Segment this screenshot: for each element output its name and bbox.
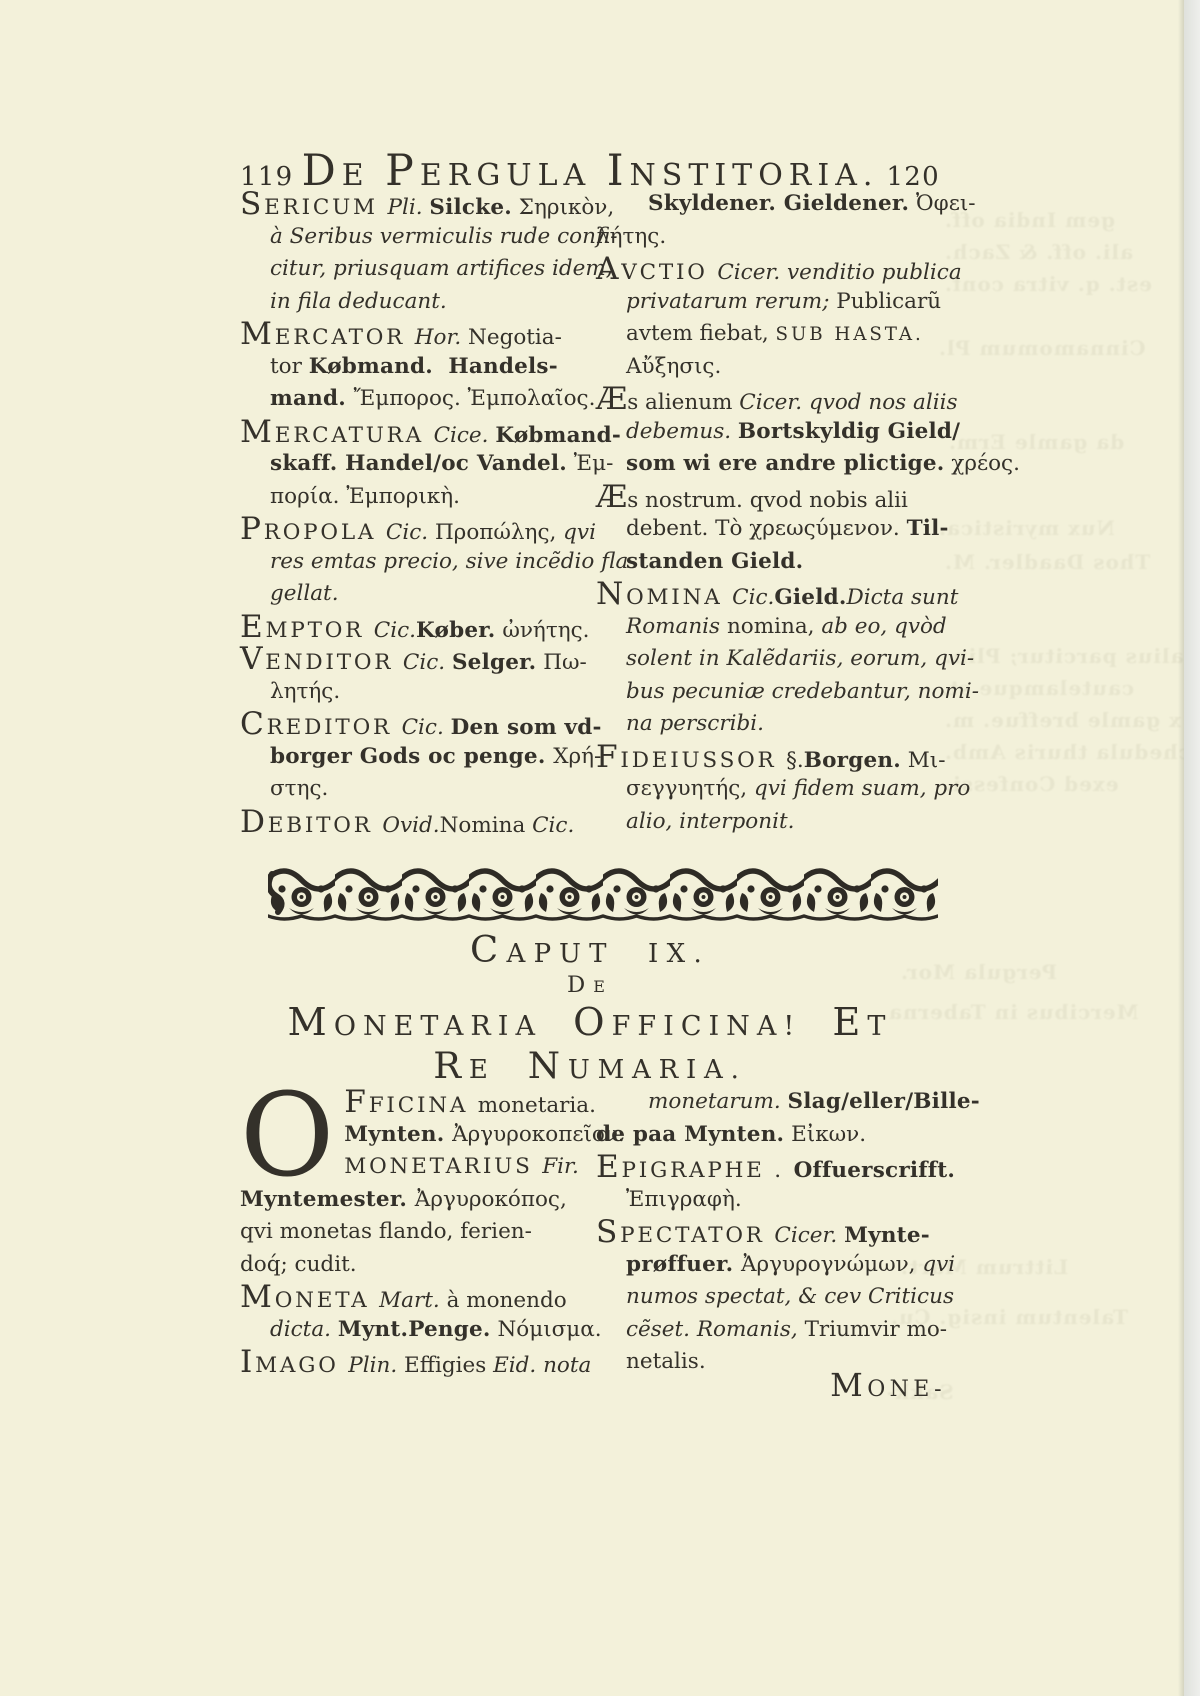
text-segment: qvi monetas flando, ferien- [240, 1219, 532, 1244]
text-segment: Plin. [348, 1353, 404, 1378]
text-segment: Cic. [403, 650, 452, 675]
text-segment: prøffuer. [626, 1252, 741, 1277]
book-page-scan: { "page": { "bg_color": "#f3f1da", "ink_… [0, 0, 1200, 1696]
text-segment: σεγγυητής, [626, 776, 754, 801]
entry-line: στης. [270, 773, 586, 806]
text-segment: MERCATOR [240, 325, 415, 350]
entry-line: Ἐπιγραφὴ. [626, 1184, 1036, 1217]
chapter-title-line1: MONETARIA OFFICINA! ET [240, 1000, 940, 1045]
text-segment: qvi [563, 520, 596, 545]
text-segment: EMPTOR [240, 618, 374, 643]
text-segment: MONETA [240, 1288, 379, 1313]
text-segment: citur, priusquam artifices idem, [270, 256, 613, 281]
text-segment: Dicta sunt [847, 585, 959, 610]
text-segment: Æs nostrum. [596, 488, 750, 513]
entry-line: PROPOLA Cic. Προπώλης, qvi [240, 513, 586, 546]
text-segment: SUB HASTA. [776, 324, 924, 345]
text-segment: Cic. [402, 715, 451, 740]
entry-line: πορία. Ἐμπορικὴ. [270, 481, 586, 514]
entry-line: Æs alienum Cicer. qvod nos aliis [596, 383, 1036, 416]
text-segment: AVCTIO [596, 260, 717, 285]
text-segment: ab eo, qvòd [821, 614, 946, 639]
chapter-number-heading: CAPUT IX. [240, 928, 940, 971]
text-segment: Selger. [452, 650, 536, 675]
dictionary-entry: Æs nostrum. qvod nobis aliidebent. Τὸ χρ… [596, 481, 1036, 579]
dictionary-entry: MERCATOR Hor. Negotia-tor Købmand. Hande… [240, 318, 586, 416]
text-segment: Skyldener. Gieldener. [648, 191, 909, 216]
dictionary-entry: VENDITOR Cic. Selger. Πω-λητής. [240, 643, 586, 708]
text-segment: Τὸ χρεωςύμενον. [715, 516, 906, 541]
entry-line: SPECTATOR Cicer. Mynte- [596, 1216, 1036, 1249]
entry-line: DEBITOR Ovid.Nomina Cic. [240, 806, 586, 839]
dictionary-entry: Æs alienum Cicer. qvod nos aliisdebemus.… [596, 383, 1036, 481]
bottom-right-column: monetarum. Slag/eller/Bille-de paa Mynte… [596, 1086, 1036, 1379]
text-segment: Cicer. venditio publica [717, 260, 961, 285]
entry-line: tor Købmand. Handels- [270, 351, 586, 384]
text-segment: PROPOLA [240, 520, 386, 545]
text-segment: Ἀργυροκόπος, [415, 1187, 567, 1212]
text-segment: στης. [270, 776, 328, 801]
text-segment: MERCATURA [240, 423, 434, 448]
text-segment: Publicarũ [836, 289, 941, 314]
text-segment: SERICUM [240, 195, 388, 220]
text-segment: DEBITOR [240, 813, 382, 838]
bottom-left-column: OFFICINA monetaria.Mynten. Ἀργυροκοπεῖον… [240, 1086, 592, 1379]
entry-line: dicta. Mynt.Penge. Νόμισμα. [270, 1314, 592, 1347]
text-segment: λητής. [270, 679, 340, 704]
entry-line: Αὔξησις. [626, 351, 1036, 384]
entry-line: qvi monetas flando, ferien- [240, 1216, 592, 1249]
entry-line: som wi ere andre plictige. χρέος. [626, 448, 1036, 481]
text-segment: T [867, 1011, 892, 1042]
entry-line: citur, priusquam artifices idem, [270, 253, 586, 286]
text-segment: IMAGO [240, 1353, 348, 1378]
dictionary-entry: EMPTOR Cic.Køber. ὠνήτης. [240, 611, 586, 644]
text-segment: Cicer. qvod nos aliis [739, 390, 957, 415]
entry-line: EPIGRAPHE . Offuerscrifft. [596, 1151, 1036, 1184]
entry-line: monetarum. Slag/eller/Bille- [648, 1086, 1036, 1119]
entry-line: AVCTIO Cicer. venditio publica [596, 253, 1036, 286]
chapter-de-heading: DE [240, 972, 940, 998]
text-segment: nomina, [727, 614, 821, 639]
text-segment: monetaria. [478, 1093, 596, 1118]
text-segment: à monendo [447, 1288, 567, 1313]
dictionary-entry: AVCTIO Cicer. venditio publicaprivatarum… [596, 253, 1036, 383]
text-segment: privatarum rerum; [626, 289, 836, 314]
entry-line: alio, interponit. [626, 806, 1036, 839]
text-segment: Romanis [626, 614, 727, 639]
text-segment: debemus. [626, 419, 738, 444]
text-segment: D [567, 972, 593, 998]
text-segment: Cic. [732, 585, 774, 610]
text-segment: MONETARIUS [344, 1154, 542, 1179]
text-segment: doq́; cudit. [240, 1252, 357, 1277]
text-segment: C [470, 928, 507, 971]
entry-line: à Seribus vermiculis rude confi- [270, 221, 586, 254]
text-segment: Køber. [416, 618, 496, 643]
text-segment: de paa Mynten. [596, 1122, 784, 1147]
text-segment: R [433, 1044, 469, 1087]
text-segment: numos spectat, & cev Criticus [626, 1284, 954, 1309]
dictionary-entry: SERICUM Pli. Silcke. Σηρικὸν,à Seribus v… [240, 188, 586, 318]
top-right-column: Skyldener. Gieldener. Ὀφει-λήτης.AVCTIO … [596, 188, 1036, 838]
entry-line: gellat. [270, 578, 586, 611]
dictionary-entry: NOMINA Cic.Gield.Dicta suntRomanis nomin… [596, 578, 1036, 741]
dictionary-entry: MERCATURA Cice. Købmand-skaff. Handel/oc… [240, 416, 586, 514]
text-segment: Eid. nota [493, 1353, 591, 1378]
dictionary-entry: IMAGO Plin. Effigies Eid. nota [240, 1346, 592, 1379]
entry-line: SERICUM Pli. Silcke. Σηρικὸν, [240, 188, 586, 221]
text-segment: res emtas precio, sive incẽdio fla- [270, 549, 636, 574]
text-segment: à Seribus vermiculis rude confi- [270, 224, 618, 249]
entry-line: debemus. Bortskyldig Gield/ [626, 416, 1036, 449]
text-segment: Mynte- [844, 1223, 930, 1248]
entry-line: Romanis nomina, ab eo, qvòd [626, 611, 1036, 644]
entry-line: MERCATURA Cice. Købmand- [240, 416, 586, 449]
text-segment: dicta. [270, 1317, 338, 1342]
text-segment: M [288, 1000, 334, 1045]
text-segment: Triumvir mo- [805, 1317, 947, 1342]
entry-line: IMAGO Plin. Effigies Eid. nota [240, 1346, 592, 1379]
text-segment: APUT [507, 939, 649, 969]
text-segment: Mynt.Penge. [338, 1317, 491, 1342]
text-segment: in fila deducant. [270, 289, 447, 314]
text-segment: monetarum. [648, 1089, 788, 1114]
text-segment: Gield. [774, 585, 846, 610]
text-segment: Mart. [379, 1288, 446, 1313]
text-segment: alio, interponit. [626, 809, 794, 834]
text-segment: FIDEIUSSOR [596, 748, 786, 773]
text-segment: SPECTATOR [596, 1223, 774, 1248]
text-segment: ONETARIA [334, 1011, 573, 1042]
text-segment: Den som vd- [451, 715, 602, 740]
text-segment: borger Gods oc penge. [270, 744, 553, 769]
text-segment: tor [270, 354, 309, 379]
entry-line: Æs nostrum. qvod nobis alii [596, 481, 1036, 514]
text-segment: VENDITOR [240, 650, 403, 675]
text-segment: λήτης. [596, 224, 666, 249]
text-segment: Slag/eller/Bille- [788, 1089, 980, 1114]
dictionary-entry: PROPOLA Cic. Προπώλης, qvires emtas prec… [240, 513, 586, 611]
text-segment: qvi fidem suam, pro [754, 776, 970, 801]
text-segment: IX. [648, 939, 710, 969]
entry-line: prøffuer. Ἀργυρογνώμων, qvi [626, 1249, 1036, 1282]
text-segment: χρέος. [944, 451, 1019, 476]
entry-line: in fila deducant. [270, 286, 586, 319]
dictionary-entry: MONETA Mart. à monendodicta. Mynt.Penge.… [240, 1281, 592, 1346]
text-segment: Købmand. Handels- [309, 354, 558, 379]
page-edge [1184, 0, 1200, 1696]
entry-line: res emtas precio, sive incẽdio fla- [270, 546, 586, 579]
text-segment: §. [786, 748, 804, 773]
text-segment: Προπώλης, [435, 520, 563, 545]
text-segment: Myntemester. [240, 1187, 415, 1212]
entry-line: MONETA Mart. à monendo [240, 1281, 592, 1314]
text-segment: Cic. [374, 618, 416, 643]
text-segment: UMARIA. [568, 1055, 747, 1085]
text-segment: Hor. [415, 325, 468, 350]
chapter-title-line2: RE NUMARIA. [240, 1044, 940, 1087]
ornament-band [268, 866, 938, 924]
text-segment: Pli. [388, 195, 430, 220]
entry-line: bus pecuniæ credebantur, nomi- [626, 676, 1036, 709]
text-segment: cẽset. Romanis, [626, 1317, 805, 1342]
entry-line: de paa Mynten. Εἰκων. [596, 1119, 1036, 1152]
text-segment: Ἀργυρογνώμων, [741, 1252, 922, 1277]
text-segment: NOMINA [596, 585, 732, 610]
text-segment: Nomina [440, 813, 533, 838]
entry-line: cẽset. Romanis, Triumvir mo- [626, 1314, 1036, 1347]
entry-line: VENDITOR Cic. Selger. Πω- [240, 643, 586, 676]
text-segment: Αὔξησις. [626, 354, 721, 379]
text-segment: E [469, 1055, 528, 1085]
dictionary-entry: SPECTATOR Cicer. Mynte-prøffuer. Ἀργυρογ… [596, 1216, 1036, 1379]
text-segment: Ovid. [382, 813, 439, 838]
entry-line: standen Gield. [626, 546, 1036, 579]
text-segment: debent. [626, 516, 715, 541]
entry-line: NOMINA Cic.Gield.Dicta sunt [596, 578, 1036, 611]
entry-line: debent. Τὸ χρεωςύμενον. Til- [626, 513, 1036, 546]
dictionary-entry: DEBITOR Ovid.Nomina Cic. [240, 806, 586, 839]
text-segment: Bortskyldig Gield/ [738, 419, 960, 444]
entry-line: Myntemester. Ἀργυροκόπος, [240, 1184, 592, 1217]
text-segment: Ἐπιγραφὴ. [626, 1187, 742, 1212]
entry-line: avtem fiebat, SUB HASTA. [626, 318, 1036, 351]
text-segment: Χρή- [553, 744, 601, 769]
entry-line: na perscribi. [626, 708, 1036, 741]
text-segment: bus pecuniæ credebantur, nomi- [626, 679, 979, 704]
text-segment: skaff. Handel/oc Vandel. [270, 451, 567, 476]
text-segment: Cicer. [774, 1223, 844, 1248]
text-segment: Cic. [532, 813, 574, 838]
text-segment: Til- [907, 516, 949, 541]
drop-cap-initial: O [240, 1090, 334, 1182]
text-segment: CREDITOR [240, 715, 402, 740]
entry-line: MERCATOR Hor. Negotia- [240, 318, 586, 351]
text-segment: E [593, 977, 613, 996]
entry-line: solent in Kalẽdariis, eorum, qvi- [626, 643, 1036, 676]
text-segment: Mynten. [344, 1122, 452, 1147]
text-segment: avtem fiebat, [626, 321, 776, 346]
text-segment: O [573, 1000, 611, 1045]
entry-line: borger Gods oc penge. Χρή- [270, 741, 586, 774]
text-segment: Μι- [901, 748, 946, 773]
entry-line: CREDITOR Cic. Den som vd- [240, 708, 586, 741]
dictionary-entry: EPIGRAPHE . Offuerscrifft.Ἐπιγραφὴ. [596, 1151, 1036, 1216]
text-segment: na perscribi. [626, 711, 764, 736]
text-segment: Offuerscrifft. [794, 1158, 955, 1183]
text-segment: Cice. [434, 423, 496, 448]
text-segment: Borgen. [804, 748, 901, 773]
dictionary-entry: CREDITOR Cic. Den som vd-borger Gods oc … [240, 708, 586, 806]
text-segment: Πω- [536, 650, 586, 675]
entry-line: FIDEIUSSOR §.Borgen. Μι- [596, 741, 1036, 774]
entry-line: σεγγυητής, qvi fidem suam, pro [626, 773, 1036, 806]
entry-line: λήτης. [596, 221, 1036, 254]
top-left-column: SERICUM Pli. Silcke. Σηρικὸν,à Seribus v… [240, 188, 586, 838]
text-segment: Silcke. [429, 195, 512, 220]
dictionary-entry: monetarum. Slag/eller/Bille-de paa Mynte… [596, 1086, 1036, 1151]
text-segment: qvi [922, 1252, 955, 1277]
entry-line: numos spectat, & cev Criticus [626, 1281, 1036, 1314]
dictionary-entry: Skyldener. Gieldener. Ὀφει-λήτης. [596, 188, 1036, 253]
text-segment: N [528, 1044, 568, 1087]
text-segment: Νόμισμα. [491, 1317, 602, 1342]
text-segment: Effigies [404, 1353, 493, 1378]
text-segment: EPIGRAPHE . [596, 1158, 794, 1183]
dictionary-entry: OFFICINA monetaria.Mynten. Ἀργυροκοπεῖον… [240, 1086, 592, 1281]
catchword: MONE- [596, 1366, 946, 1404]
text-segment: qvod nobis alii [750, 488, 908, 513]
text-segment: FFICINA! [612, 1011, 833, 1042]
text-segment: E [832, 1000, 867, 1045]
text-segment: som wi ere andre plictige. [626, 451, 944, 476]
text-segment: ὠνήτης. [496, 618, 590, 643]
entry-line: skaff. Handel/oc Vandel. Ἐμ- [270, 448, 586, 481]
entry-line: privatarum rerum; Publicarũ [626, 286, 1036, 319]
text-segment: Cic. [386, 520, 435, 545]
text-segment: standen Gield. [626, 549, 803, 574]
dictionary-entry: FIDEIUSSOR §.Borgen. Μι-σεγγυητής, qvi f… [596, 741, 1036, 839]
entry-line: mand. Ἔμπορος. Ἐμπολαῖος. [270, 383, 586, 416]
entry-line: Skyldener. Gieldener. Ὀφει- [648, 188, 1036, 221]
text-segment: solent in Kalẽdariis, eorum, qvi- [626, 646, 974, 671]
text-segment: Æs alienum [596, 390, 739, 415]
text-segment: mand. [270, 386, 354, 411]
entry-line: λητής. [270, 676, 586, 709]
text-segment: FFICINA [344, 1093, 478, 1118]
text-segment: Negotia- [468, 325, 562, 350]
text-segment: Ἔμπορος. Ἐμπολαῖος. [354, 386, 596, 411]
text-segment: gellat. [270, 581, 339, 606]
text-segment: Ὀφει- [909, 191, 975, 216]
text-segment: Εἰκων. [784, 1122, 866, 1147]
text-segment: πορία. Ἐμπορικὴ. [270, 484, 460, 509]
entry-line: EMPTOR Cic.Køber. ὠνήτης. [240, 611, 586, 644]
entry-line: doq́; cudit. [240, 1249, 592, 1282]
text-segment: Fir. [542, 1154, 579, 1179]
